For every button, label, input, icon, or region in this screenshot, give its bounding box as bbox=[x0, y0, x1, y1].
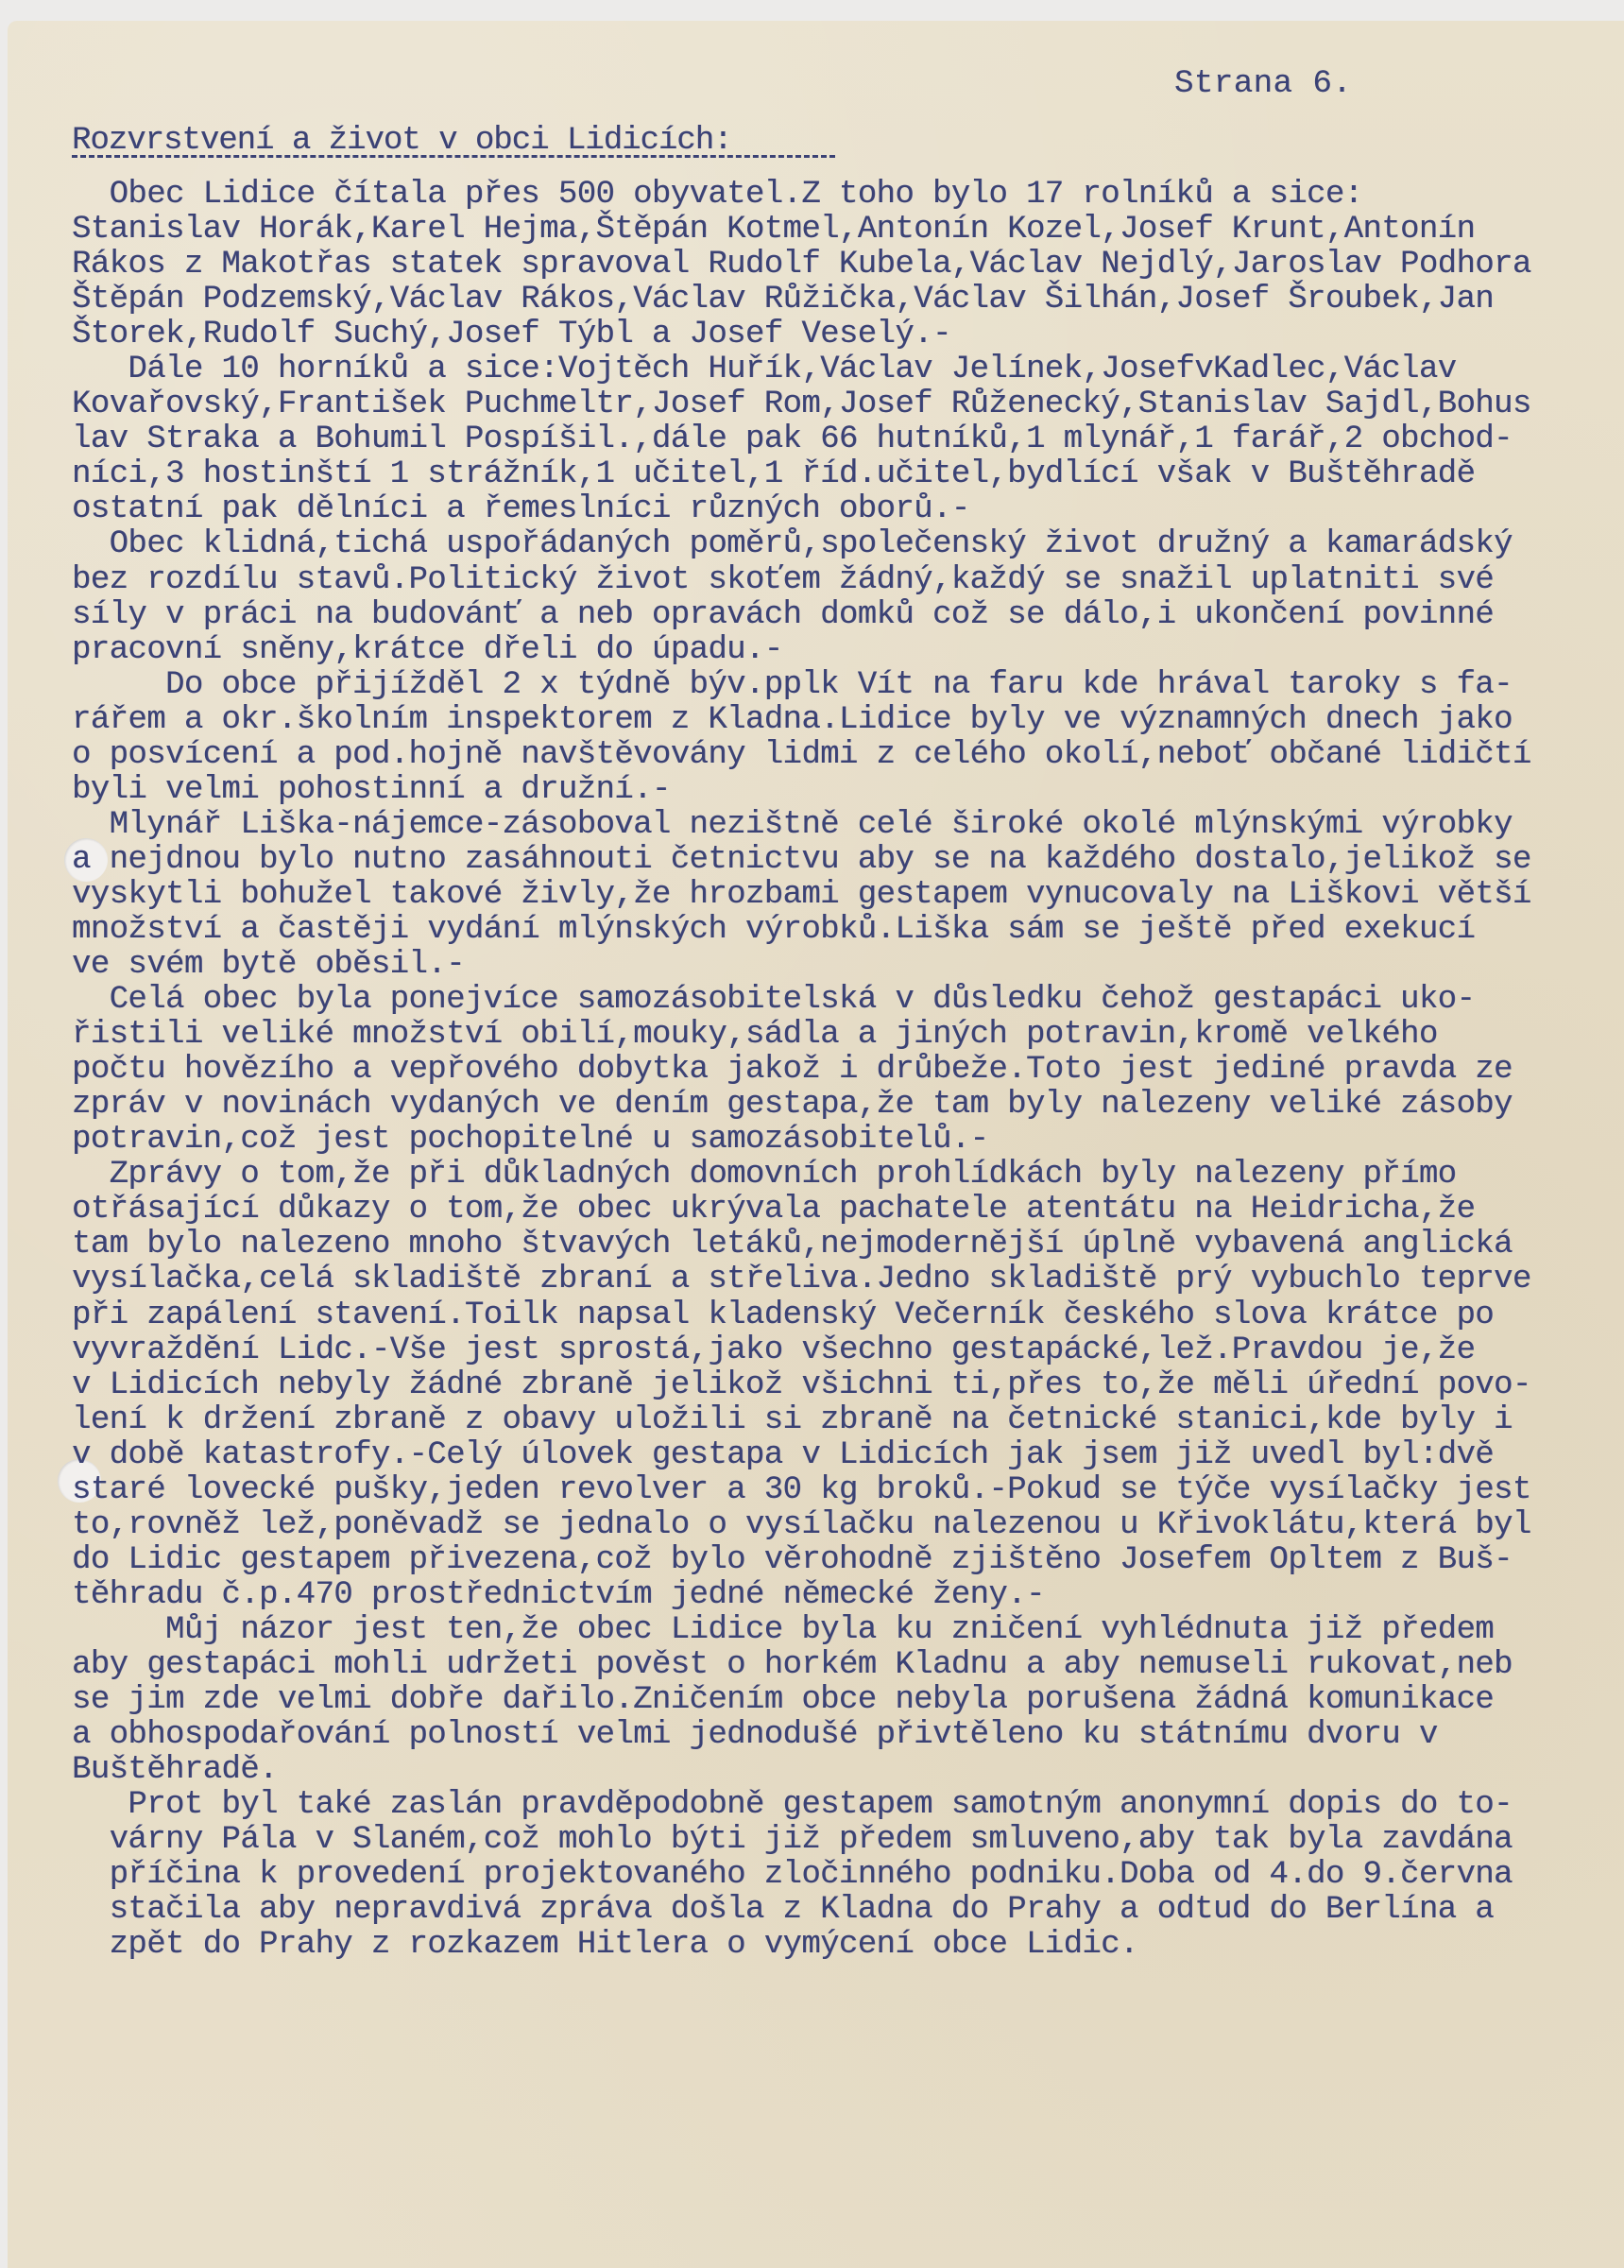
text-line: níci,3 hostinští 1 strážník,1 učitel,1 ř… bbox=[72, 457, 1531, 492]
text-line: Prot byl také zaslán pravděpodobně gesta… bbox=[72, 1788, 1531, 1823]
text-line: byli velmi pohostinní a družní.- bbox=[72, 773, 1531, 808]
text-line: Celá obec byla ponejvíce samozásobitelsk… bbox=[72, 983, 1531, 1018]
text-line: Dále 10 horníků a sice:Vojtěch Huřík,Vác… bbox=[72, 352, 1531, 387]
text-line: Štorek,Rudolf Suchý,Josef Týbl a Josef V… bbox=[72, 318, 1531, 352]
text-line: množství a častěji vydání mlýnských výro… bbox=[72, 913, 1531, 948]
text-line: staré lovecké pušky,jeden revolver a 30 … bbox=[72, 1473, 1531, 1508]
text-line: Do obce přijížděl 2 x týdně býv.pplk Vít… bbox=[72, 668, 1531, 703]
text-line: Obec Lidice čítala přes 500 obyvatel.Z t… bbox=[72, 178, 1531, 213]
text-line: Štěpán Podzemský,Václav Rákos,Václav Růž… bbox=[72, 283, 1531, 318]
text-line: a nejdnou bylo nutno zasáhnouti četnictv… bbox=[72, 843, 1531, 878]
section-heading: Rozvrstvení a život v obci Lidicích: bbox=[72, 123, 732, 159]
text-line: v Lidicích nebyly žádné zbraně jelikož v… bbox=[72, 1368, 1531, 1403]
text-line: do Lidic gestapem přivezena,což bylo věr… bbox=[72, 1543, 1531, 1578]
text-line: tam bylo nalezeno mnoho štvavých letáků,… bbox=[72, 1228, 1531, 1263]
text-line: Mlynář Liška-nájemce-zásoboval nezištně … bbox=[72, 808, 1531, 843]
text-line: Stanislav Horák,Karel Hejma,Štěpán Kotme… bbox=[72, 213, 1531, 248]
text-line: stačila aby nepravdivá zpráva došla z Kl… bbox=[72, 1893, 1531, 1928]
heading-underline bbox=[72, 155, 835, 158]
text-line: Kovařovský,František Puchmeltr,Josef Rom… bbox=[72, 387, 1531, 422]
text-line: potravin,což jest pochopitelné u samozás… bbox=[72, 1123, 1531, 1158]
body-text: Obec Lidice čítala přes 500 obyvatel.Z t… bbox=[72, 178, 1531, 1963]
text-line: při zapálení stavení.Toilk napsal kladen… bbox=[72, 1298, 1531, 1333]
text-line: lav Straka a Bohumil Pospíšil.,dále pak … bbox=[72, 422, 1531, 457]
text-line: vyskytli bohužel takové živly,že hrozbam… bbox=[72, 878, 1531, 913]
text-line: vyvraždění Lidc.-Vše jest sprostá,jako v… bbox=[72, 1333, 1531, 1368]
text-line: a obhospodařování polností velmi jednodu… bbox=[72, 1718, 1531, 1753]
text-line: to,rovněž lež,poněvadž se jednalo o vysí… bbox=[72, 1508, 1531, 1543]
text-line: rářem a okr.školním inspektorem z Kladna… bbox=[72, 703, 1531, 738]
text-line: bez rozdílu stavů.Politický život skoťem… bbox=[72, 563, 1531, 598]
text-line: vysílačka,celá skladiště zbraní a střeli… bbox=[72, 1263, 1531, 1297]
text-line: Buštěhradě. bbox=[72, 1753, 1531, 1788]
text-line: várny Pála v Slaném,což mohlo býti již p… bbox=[72, 1823, 1531, 1858]
text-line: lení k držení zbraně z obavy uložili si … bbox=[72, 1403, 1531, 1438]
text-line: ve svém bytě oběsil.- bbox=[72, 948, 1531, 983]
text-line: pracovní sněny,krátce dřeli do úpadu.- bbox=[72, 633, 1531, 668]
text-line: počtu hovězího a vepřového dobytka jakož… bbox=[72, 1053, 1531, 1088]
text-line: aby gestapáci mohli udržeti pověst o hor… bbox=[72, 1648, 1531, 1683]
text-line: síly v práci na budovánť a neb opravách … bbox=[72, 598, 1531, 633]
text-line: otřásající důkazy o tom,že obec ukrývala… bbox=[72, 1193, 1531, 1228]
page-number: Strana 6. bbox=[1174, 66, 1352, 102]
text-line: v době katastrofy.-Celý úlovek gestapa v… bbox=[72, 1438, 1531, 1473]
text-line: ostatní pak dělníci a řemeslníci různých… bbox=[72, 492, 1531, 527]
text-line: řistili veliké množství obilí,mouky,sádl… bbox=[72, 1018, 1531, 1053]
text-line: Můj názor jest ten,že obec Lidice byla k… bbox=[72, 1613, 1531, 1648]
text-line: Obec klidná,tichá uspořádaných poměrů,sp… bbox=[72, 527, 1531, 562]
text-line: Zprávy o tom,že při důkladných domovních… bbox=[72, 1158, 1531, 1193]
text-line: zpět do Prahy z rozkazem Hitlera o vymýc… bbox=[72, 1928, 1531, 1963]
text-line: se jim zde velmi dobře dařilo.Zničením o… bbox=[72, 1683, 1531, 1718]
text-line: o posvícení a pod.hojně navštěvovány lid… bbox=[72, 738, 1531, 773]
text-line: zpráv v novinách vydaných ve dením gesta… bbox=[72, 1088, 1531, 1123]
text-line: Rákos z Makotřas statek spravoval Rudolf… bbox=[72, 248, 1531, 283]
text-line: těhradu č.p.470 prostřednictvím jedné ně… bbox=[72, 1578, 1531, 1613]
text-line: příčina k provedení projektovaného zloči… bbox=[72, 1858, 1531, 1893]
